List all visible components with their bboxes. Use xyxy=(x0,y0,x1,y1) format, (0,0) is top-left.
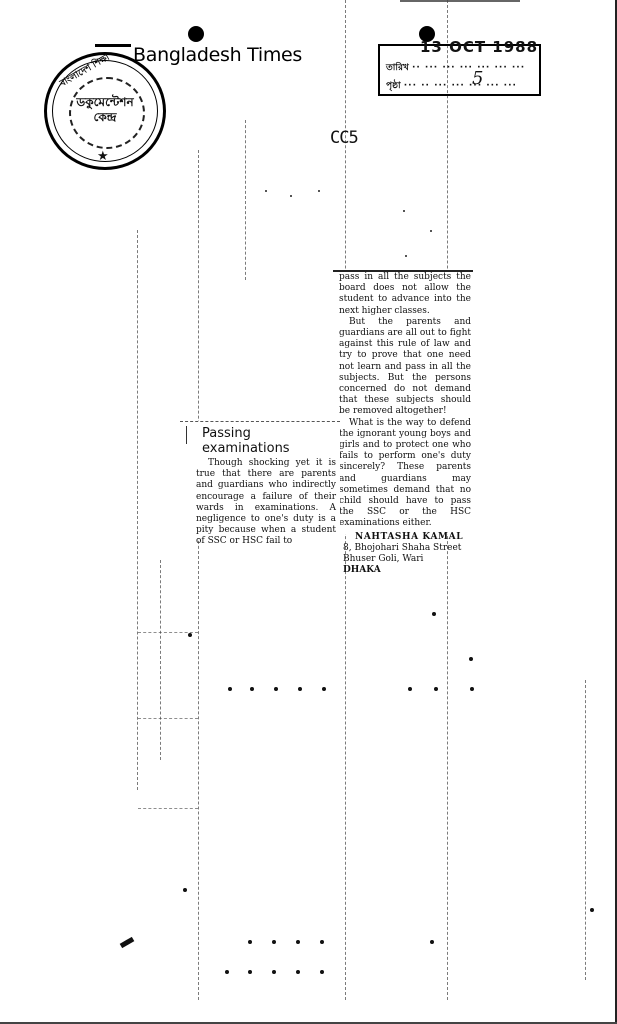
scan-dot xyxy=(296,970,300,974)
fold-line xyxy=(160,560,161,760)
author-address-line-2: Bhuser Goli, Wari xyxy=(333,554,473,565)
clipping-right-column: pass in all the subjects the board does … xyxy=(333,270,473,534)
scan-mark xyxy=(120,937,135,948)
scan-dot xyxy=(272,940,276,944)
reference-code: CC5 xyxy=(330,128,358,148)
article-paragraph: But the parents and guardians are all ou… xyxy=(333,317,473,418)
scan-dot xyxy=(274,687,278,691)
punch-hole xyxy=(188,26,204,42)
article-title: Passing examinations xyxy=(180,422,340,456)
stamp-page-value: 5 xyxy=(472,68,483,89)
fold-line xyxy=(138,808,198,809)
fold-line xyxy=(137,230,138,790)
author-city: DHAKA xyxy=(333,565,473,576)
documentation-centre-seal: ডকুমেন্টেশন কেন্দ্র বাংলাদেশ শিক্ষা ★ xyxy=(44,52,166,170)
scan-dot xyxy=(225,970,229,974)
scan-dot xyxy=(248,940,252,944)
article-paragraph: pass in all the subjects the board does … xyxy=(333,272,473,317)
stamp-date-label: তারিখ xyxy=(386,63,409,73)
scan-dot xyxy=(590,908,594,912)
page-edge-top xyxy=(400,0,520,2)
scan-dot xyxy=(320,940,324,944)
author-address-line-1: 8, Bhojohari Shaha Street xyxy=(333,543,473,554)
scan-dot xyxy=(248,970,252,974)
article-paragraph: What is the way to defend the ignorant y… xyxy=(333,418,473,530)
scan-speck xyxy=(405,255,407,257)
scan-dot xyxy=(320,970,324,974)
seal-ring-text-left: বাংলাদেশ শিক্ষা xyxy=(57,50,112,91)
scan-dot xyxy=(430,940,434,944)
fold-line xyxy=(198,150,199,1000)
clipping-left-column: Passing examinations Though shocking yet… xyxy=(180,421,340,538)
scan-dot xyxy=(470,687,474,691)
seal-line-2: কেন্দ্র xyxy=(47,110,163,125)
scan-dot xyxy=(183,888,187,892)
date-page-stamp: 13 OCT 1988 তারিখ ·· ··· ··· ··· ··· ···… xyxy=(378,44,541,96)
stamp-date-value: 13 OCT 1988 xyxy=(420,38,538,56)
clip-cut-edge xyxy=(186,426,187,444)
scan-speck xyxy=(265,190,267,192)
star-icon: ★ xyxy=(97,149,109,164)
scan-dot xyxy=(188,633,192,637)
article-title-line-1: Passing xyxy=(202,426,340,441)
scan-dot xyxy=(469,657,473,661)
stamp-page-label: পৃষ্ঠা xyxy=(386,81,401,91)
scan-dot xyxy=(272,970,276,974)
seal-line-1: ডকুমেন্টেশন xyxy=(47,95,163,110)
scan-dot xyxy=(322,687,326,691)
article-author: NAHTASHA KAMAL xyxy=(333,532,473,543)
fold-line xyxy=(245,120,246,280)
scan-dot xyxy=(228,687,232,691)
fold-line xyxy=(585,680,586,980)
seal-center-text: ডকুমেন্টেশন কেন্দ্র xyxy=(47,95,163,125)
stamp-date-row: তারিখ ·· ··· ··· ··· ··· ··· ··· xyxy=(386,60,525,75)
article-title-line-2: examinations xyxy=(202,441,340,456)
scan-speck xyxy=(403,210,405,212)
scan-dot xyxy=(434,687,438,691)
scan-dot xyxy=(298,687,302,691)
stamp-page-row: পৃষ্ঠা ··· ·· ··· ··· ··· ··· ··· xyxy=(386,78,517,93)
scanned-page: Bangladesh Times ডকুমেন্টেশন কেন্দ্র বাং… xyxy=(0,0,617,1024)
scan-dot xyxy=(250,687,254,691)
newspaper-masthead: Bangladesh Times xyxy=(133,44,302,66)
scan-speck xyxy=(430,230,432,232)
scan-speck xyxy=(318,190,320,192)
scan-speck xyxy=(290,195,292,197)
scan-dot xyxy=(408,687,412,691)
fold-line xyxy=(138,718,198,719)
article-paragraph: Though shocking yet it is true that ther… xyxy=(180,458,340,548)
scan-dot xyxy=(432,612,436,616)
masthead-title: Bangladesh Times xyxy=(133,44,302,66)
scan-dot xyxy=(296,940,300,944)
